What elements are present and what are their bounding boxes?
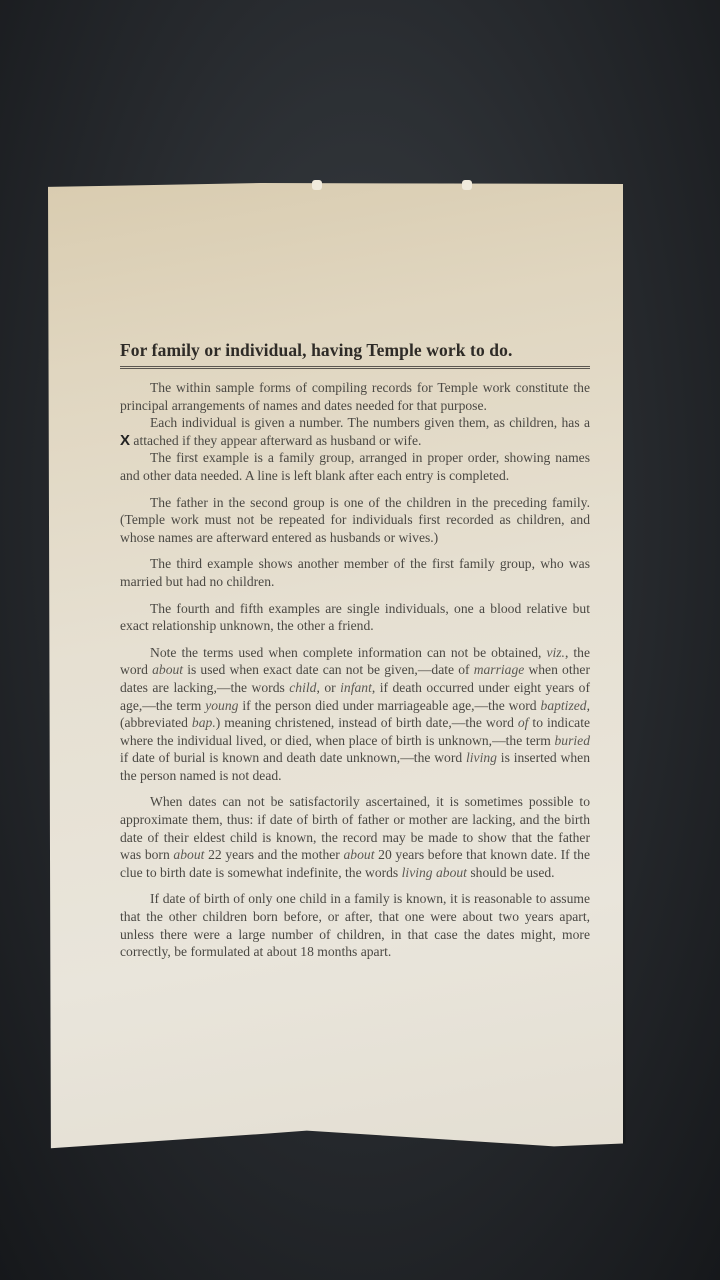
italic-term: baptized: [541, 698, 587, 713]
paper-tear: [312, 180, 322, 190]
italic-term: child: [289, 680, 316, 695]
paragraph: Each individual is given a number. The n…: [120, 414, 590, 449]
document-title: For family or individual, having Temple …: [120, 340, 590, 369]
paragraph: The third example shows another member o…: [120, 555, 590, 590]
paragraph: If date of birth of only one child in a …: [120, 890, 590, 960]
document-body: The within sample forms of compiling rec…: [120, 379, 590, 961]
italic-term: about: [344, 847, 375, 862]
paragraph: The fourth and fifth examples are single…: [120, 600, 590, 635]
italic-term: about: [173, 847, 204, 862]
italic-term: of: [518, 715, 529, 730]
paragraph: The first example is a family group, arr…: [120, 449, 590, 484]
italic-term: buried: [555, 733, 591, 748]
paragraph: The father in the second group is one of…: [120, 494, 590, 547]
italic-term: infant: [340, 680, 372, 695]
italic-term: young: [205, 698, 238, 713]
paper-tear: [462, 180, 472, 190]
paragraph: Note the terms used when complete inform…: [120, 644, 590, 785]
x-mark-icon: X: [120, 432, 130, 449]
italic-term: viz.: [546, 645, 565, 660]
paragraph: When dates can not be satisfactorily asc…: [120, 793, 590, 881]
italic-term: living about: [402, 865, 467, 880]
paragraph: The within sample forms of compiling rec…: [120, 379, 590, 414]
document-content: For family or individual, having Temple …: [120, 340, 590, 961]
italic-term: about: [152, 662, 183, 677]
italic-term: bap.: [192, 715, 216, 730]
italic-term: living: [466, 750, 497, 765]
italic-term: marriage: [474, 662, 525, 677]
